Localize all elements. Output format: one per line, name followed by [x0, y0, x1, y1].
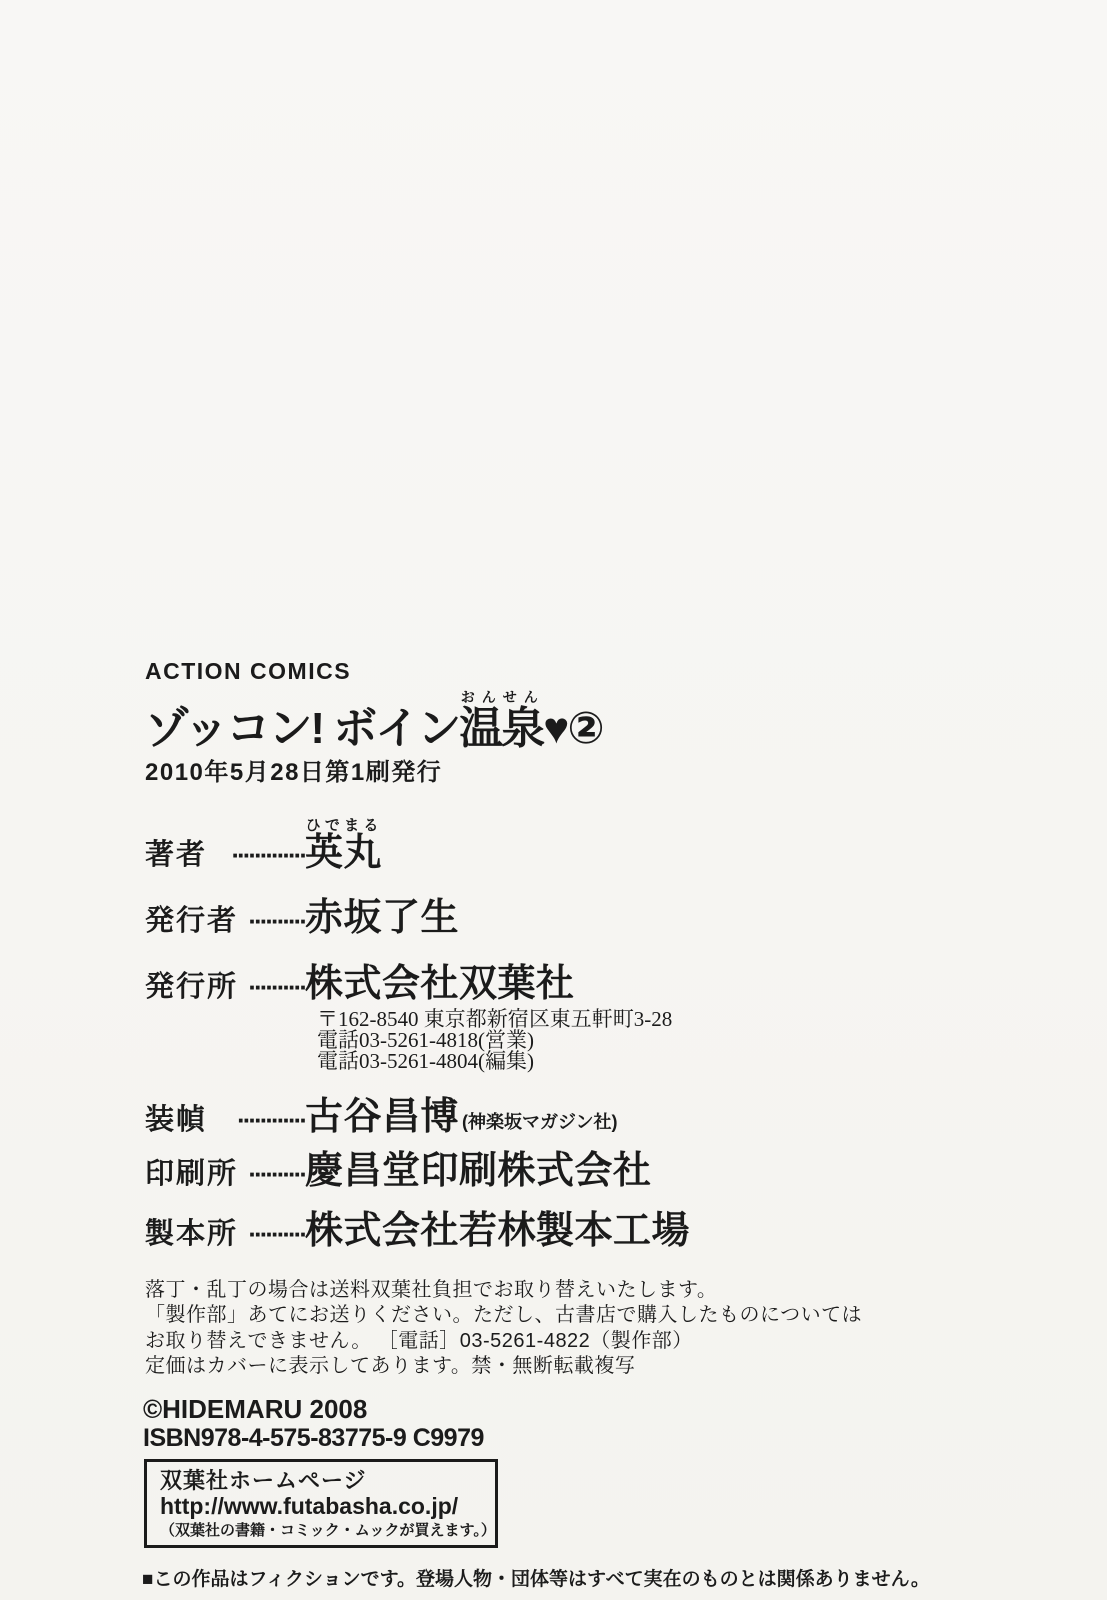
copyright-line: ©HIDEMARU 2008: [143, 1396, 1065, 1422]
book-colophon-page: ACTION COMICS ゾッコン! ボイン温泉おんせん♥② 2010年5月2…: [0, 0, 1107, 1600]
credit-row-printer: 印刷所 ·········· 慶昌堂印刷株式会社: [145, 1152, 1065, 1192]
credit-label: 発行者: [145, 907, 238, 936]
colophon-block: ACTION COMICS ゾッコン! ボイン温泉おんせん♥② 2010年5月2…: [145, 660, 1065, 1591]
publisher-phone-editorial: 電話03-5261-4804(編集): [317, 1051, 1065, 1072]
credit-row-line: 印刷所 ·········· 慶昌堂印刷株式会社: [145, 1152, 1065, 1192]
notice-line: 「製作部」あてにお送りください。ただし、古書店で購入したものについては: [145, 1303, 1065, 1329]
publisher-address: 〒162-8540 東京都新宿区東五軒町3-28: [317, 1009, 1065, 1030]
notice-line: お取り替えできません。 ［電話］03-5261-4822（製作部）: [145, 1329, 1065, 1355]
credit-label: 装幀: [145, 1106, 207, 1135]
book-title-ruby-base: 温泉: [459, 704, 543, 753]
credit-row-publisher-person: 発行者 ·········· 赤坂了生: [145, 899, 1065, 939]
credit-label-cell: 印刷所 ··········: [145, 1160, 305, 1192]
website-url: http://www.futabasha.co.jp/: [160, 1493, 487, 1521]
dot-leader: ············: [237, 1107, 305, 1135]
imprint-label: ACTION COMICS: [145, 660, 1065, 683]
credit-label-cell: 製本所 ··········: [145, 1220, 305, 1252]
book-title-prefix: ゾッコン! ボイン: [145, 704, 459, 753]
dot-leader: ··········: [248, 1221, 305, 1249]
credit-label: 製本所: [145, 1220, 238, 1249]
credit-value: 株式会社若林製本工場: [305, 1212, 690, 1252]
dot-leader: ··········: [248, 908, 305, 936]
credit-row-line: 製本所 ·········· 株式会社若林製本工場: [145, 1212, 1065, 1252]
print-date: 2010年5月28日第1刷発行: [145, 760, 1065, 786]
publisher-website-box: 双葉社ホームページ http://www.futabasha.co.jp/ （双…: [144, 1459, 498, 1548]
fiction-disclaimer: ■この作品はフィクションです。登場人物・団体等はすべて実在のものとは関係ありませ…: [142, 1564, 1065, 1591]
author-name-ruby: 英丸ひでまる: [305, 832, 382, 874]
dot-leader: ·············: [231, 842, 305, 870]
dot-leader: ··········: [248, 974, 305, 1002]
website-box-title: 双葉社ホームページ: [160, 1468, 487, 1493]
credit-value-author: 英丸ひでまる: [305, 817, 382, 874]
book-title-furigana: おんせん: [459, 689, 543, 705]
credit-label: 印刷所: [145, 1160, 238, 1189]
credit-label-cell: 発行所 ··········: [145, 973, 305, 1005]
credit-value: 赤坂了生: [305, 899, 459, 939]
credit-row-line: 装幀 ············ 古谷昌博 (神楽坂マガジン社): [145, 1098, 1065, 1138]
credit-value-note: (神楽坂マガジン社): [462, 1108, 618, 1138]
publisher-phone-sales: 電話03-5261-4818(営業): [317, 1030, 1065, 1051]
credit-row-line: 発行者 ·········· 赤坂了生: [145, 899, 1065, 939]
book-title-suffix: ♥②: [543, 704, 602, 753]
author-name: 英丸: [305, 832, 382, 874]
credit-value: 慶昌堂印刷株式会社: [305, 1152, 652, 1192]
website-box-note: （双葉社の書籍・コミック・ムックが買えます。）: [160, 1523, 487, 1540]
author-furigana: ひでまる: [305, 817, 382, 834]
publisher-contact-block: 〒162-8540 東京都新宿区東五軒町3-28 電話03-5261-4818(…: [317, 1009, 1065, 1072]
credit-row-author: 著者 ············· 英丸ひでまる: [145, 817, 1065, 874]
dot-leader: ··········: [248, 1161, 305, 1189]
credit-label-cell: 発行者 ··········: [145, 907, 305, 939]
credit-label-cell: 著者 ·············: [145, 841, 305, 873]
notice-line: 定価はカバーに表示してあります。禁・無断転載複写: [145, 1354, 1065, 1380]
credit-label-cell: 装幀 ············: [145, 1106, 305, 1138]
book-title: ゾッコン! ボイン温泉おんせん♥②: [145, 689, 1065, 752]
credit-value: 古谷昌博: [305, 1098, 459, 1138]
credit-row-publishing-house: 発行所 ·········· 株式会社双葉社 〒162-8540 東京都新宿区東…: [145, 965, 1065, 1072]
credit-row-bindery: 製本所 ·········· 株式会社若林製本工場: [145, 1212, 1065, 1252]
credit-label: 発行所: [145, 973, 238, 1002]
credit-row-line: 発行所 ·········· 株式会社双葉社: [145, 965, 1065, 1005]
replacement-notice: 落丁・乱丁の場合は送料双葉社負担でお取り替えいたします。 「製作部」あてにお送り…: [145, 1278, 1065, 1380]
book-title-ruby: 温泉おんせん: [459, 704, 543, 753]
credit-label: 著者: [145, 841, 207, 870]
credit-row-cover-design: 装幀 ············ 古谷昌博 (神楽坂マガジン社): [145, 1098, 1065, 1138]
credit-value: 株式会社双葉社: [305, 965, 575, 1005]
notice-line: 落丁・乱丁の場合は送料双葉社負担でお取り替えいたします。: [145, 1278, 1065, 1304]
credit-row-line: 著者 ············· 英丸ひでまる: [145, 817, 1065, 874]
isbn-line: ISBN978-4-575-83775-9 C9979: [143, 1426, 1065, 1451]
credits-list: 著者 ············· 英丸ひでまる 発行者 ·········· 赤…: [145, 817, 1065, 1252]
